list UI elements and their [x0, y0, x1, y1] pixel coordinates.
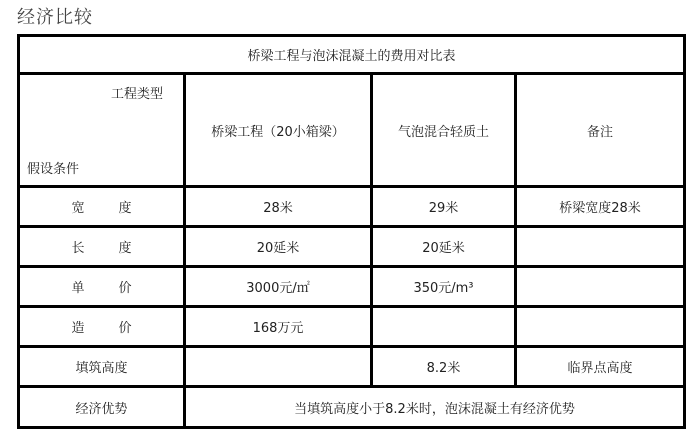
row-label-char: 价 [119, 321, 132, 336]
table-row: 单价 3000元/㎡ 350元/m³ [19, 267, 685, 307]
row-label: 造价 [19, 307, 185, 347]
cell-note [516, 227, 685, 267]
table-header-row: 工程类型 假设条件 桥梁工程（20小箱梁） 气泡混合轻质土 备注 [19, 74, 685, 187]
row-label: 长度 [19, 227, 185, 267]
advantage-row: 经济优势 当填筑高度小于8.2米时，泡沫混凝土有经济优势 [19, 387, 685, 428]
cell-bridge: 168万元 [185, 307, 372, 347]
corner-header-bottom: 假设条件 [27, 158, 79, 177]
cell-note [516, 307, 685, 347]
cost-comparison-table: 桥梁工程与泡沫混凝土的费用对比表 工程类型 假设条件 桥梁工程（20小箱梁） 气… [17, 34, 686, 429]
corner-header-cell: 工程类型 假设条件 [19, 74, 185, 187]
table-row: 造价 168万元 [19, 307, 685, 347]
row-label-char: 长 [71, 241, 84, 256]
section-heading: 经济比较 [17, 6, 93, 30]
advantage-text: 当填筑高度小于8.2米时，泡沫混凝土有经济优势 [185, 387, 685, 428]
cell-foam: 29米 [372, 187, 516, 227]
table-row: 填筑高度 8.2米 临界点高度 [19, 347, 685, 387]
cell-foam [372, 307, 516, 347]
cell-bridge: 3000元/㎡ [185, 267, 372, 307]
cell-note: 临界点高度 [516, 347, 685, 387]
row-label: 填筑高度 [19, 347, 185, 387]
table-title-row: 桥梁工程与泡沫混凝土的费用对比表 [19, 36, 685, 74]
column-header-foam: 气泡混合轻质土 [372, 74, 516, 187]
table-row: 长度 20延米 20延米 [19, 227, 685, 267]
row-label: 宽度 [19, 187, 185, 227]
cell-note: 桥梁宽度28米 [516, 187, 685, 227]
table-title: 桥梁工程与泡沫混凝土的费用对比表 [19, 36, 685, 74]
cell-bridge: 20延米 [185, 227, 372, 267]
row-label-char: 度 [119, 241, 132, 256]
cell-bridge [185, 347, 372, 387]
table-row: 宽度 28米 29米 桥梁宽度28米 [19, 187, 685, 227]
row-label-char: 单 [71, 281, 84, 296]
corner-header-top: 工程类型 [111, 83, 163, 102]
row-label-char: 造 [71, 321, 84, 336]
column-header-note: 备注 [516, 74, 685, 187]
row-label-char: 宽 [71, 201, 84, 216]
cell-foam: 20延米 [372, 227, 516, 267]
row-label: 单价 [19, 267, 185, 307]
cell-foam: 8.2米 [372, 347, 516, 387]
cell-foam: 350元/m³ [372, 267, 516, 307]
row-label-char: 度 [119, 201, 132, 216]
row-label-char: 价 [119, 281, 132, 296]
cell-note [516, 267, 685, 307]
column-header-bridge: 桥梁工程（20小箱梁） [185, 74, 372, 187]
advantage-label: 经济优势 [19, 387, 185, 428]
cell-bridge: 28米 [185, 187, 372, 227]
